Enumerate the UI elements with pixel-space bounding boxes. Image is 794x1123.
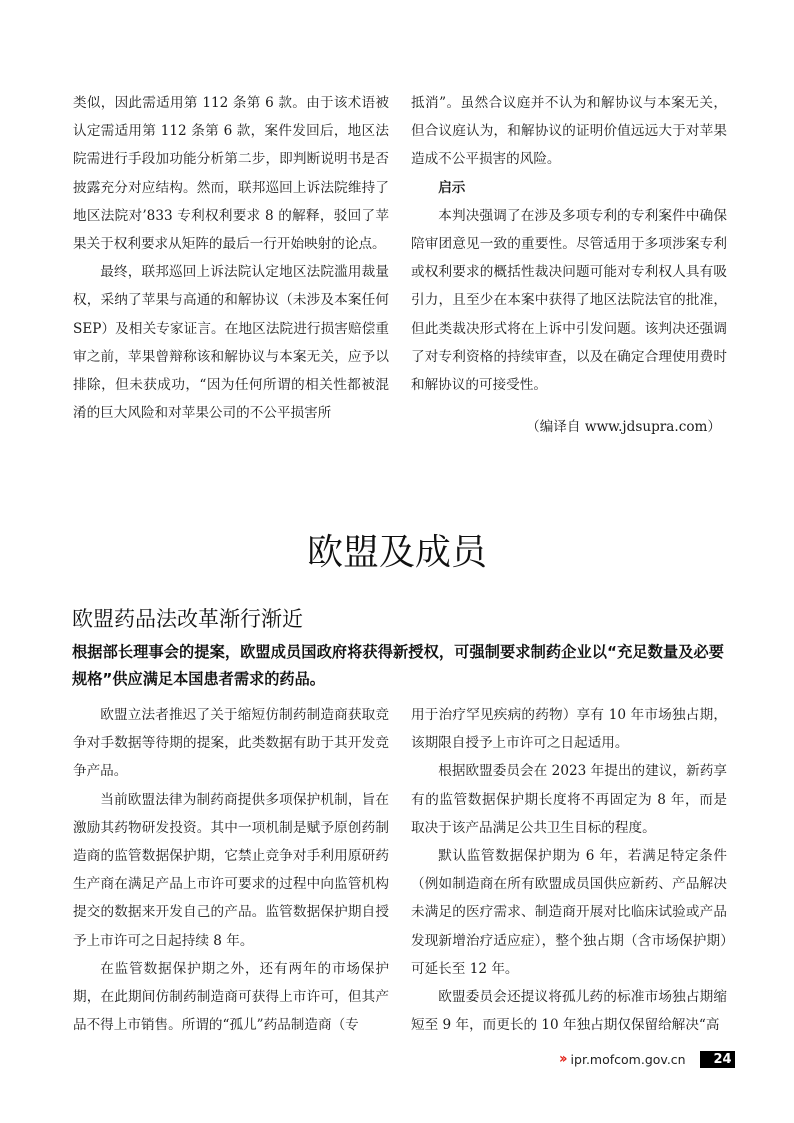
double-chevron-right-icon: ››	[559, 1051, 565, 1067]
paragraph: 最终，联邦巡回上诉法院认定地区法院滥用裁量权，采纳了苹果与高通的和解协议（未涉及…	[73, 258, 389, 427]
paragraph: 在监管数据保护期之外，还有两年的市场保护期，在此期间仿制药制造商可获得上市许可，…	[73, 955, 389, 1040]
page-number: 24	[700, 1051, 735, 1068]
paragraph: 欧盟委员会还提议将孤儿药的标准市场独占期缩短至 9 年，而更长的 10 年独占期…	[411, 983, 727, 1039]
paragraph: 欧盟立法者推迟了关于缩短仿制药制造商获取竞争对手数据等待期的提案，此类数据有助于…	[73, 701, 389, 786]
paragraph-continuation: 用于治疗罕见疾病的药物）享有 10 年市场独占期，该期限自授予上市许可之日起适用…	[411, 701, 727, 757]
article-right-column: 用于治疗罕见疾病的药物）享有 10 年市场独占期，该期限自授予上市许可之日起适用…	[411, 701, 727, 1039]
source-attribution: （编译自 www.jdsupra.com）	[411, 413, 727, 441]
paragraph-continuation: 抵消”。虽然合议庭并不认为和解协议与本案无关，但合议庭认为，和解协议的证明价值远…	[411, 89, 727, 174]
paragraph: 默认监管数据保护期为 6 年，若满足特定条件（例如制造商在所有欧盟成员国供应新药…	[411, 842, 727, 983]
article-left-column: 欧盟立法者推迟了关于缩短仿制药制造商获取竞争对手数据等待期的提案，此类数据有助于…	[73, 701, 389, 1039]
page-footer: ›› ipr.mofcom.gov.cn 24	[559, 1049, 735, 1069]
section-title: 欧盟及成员	[0, 528, 794, 578]
article-title: 欧盟药品法改革渐行渐近	[72, 604, 303, 634]
article-lead: 根据部长理事会的提案，欧盟成员国政府将获得新授权，可强制要求制药企业以“充足数量…	[72, 639, 724, 693]
footer-site-link[interactable]: ipr.mofcom.gov.cn	[571, 1052, 686, 1067]
paragraph: 当前欧盟法律为制药商提供多项保护机制，旨在激励其药物研发投资。其中一项机制是赋予…	[73, 786, 389, 955]
top-left-column: 类似，因此需适用第 112 条第 6 款。由于该术语被认定需适用第 112 条第…	[73, 89, 389, 427]
subheading-insights: 启示	[411, 174, 727, 202]
paragraph: 根据欧盟委员会在 2023 年提出的建议，新药享有的监管数据保护期长度将不再固定…	[411, 757, 727, 842]
top-right-column: 抵消”。虽然合议庭并不认为和解协议与本案无关，但合议庭认为，和解协议的证明价值远…	[411, 89, 727, 441]
paragraph-continuation: 类似，因此需适用第 112 条第 6 款。由于该术语被认定需适用第 112 条第…	[73, 89, 389, 258]
paragraph: 本判决强调了在涉及多项专利的专利案件中确保陪审团意见一致的重要性。尽管适用于多项…	[411, 202, 727, 399]
